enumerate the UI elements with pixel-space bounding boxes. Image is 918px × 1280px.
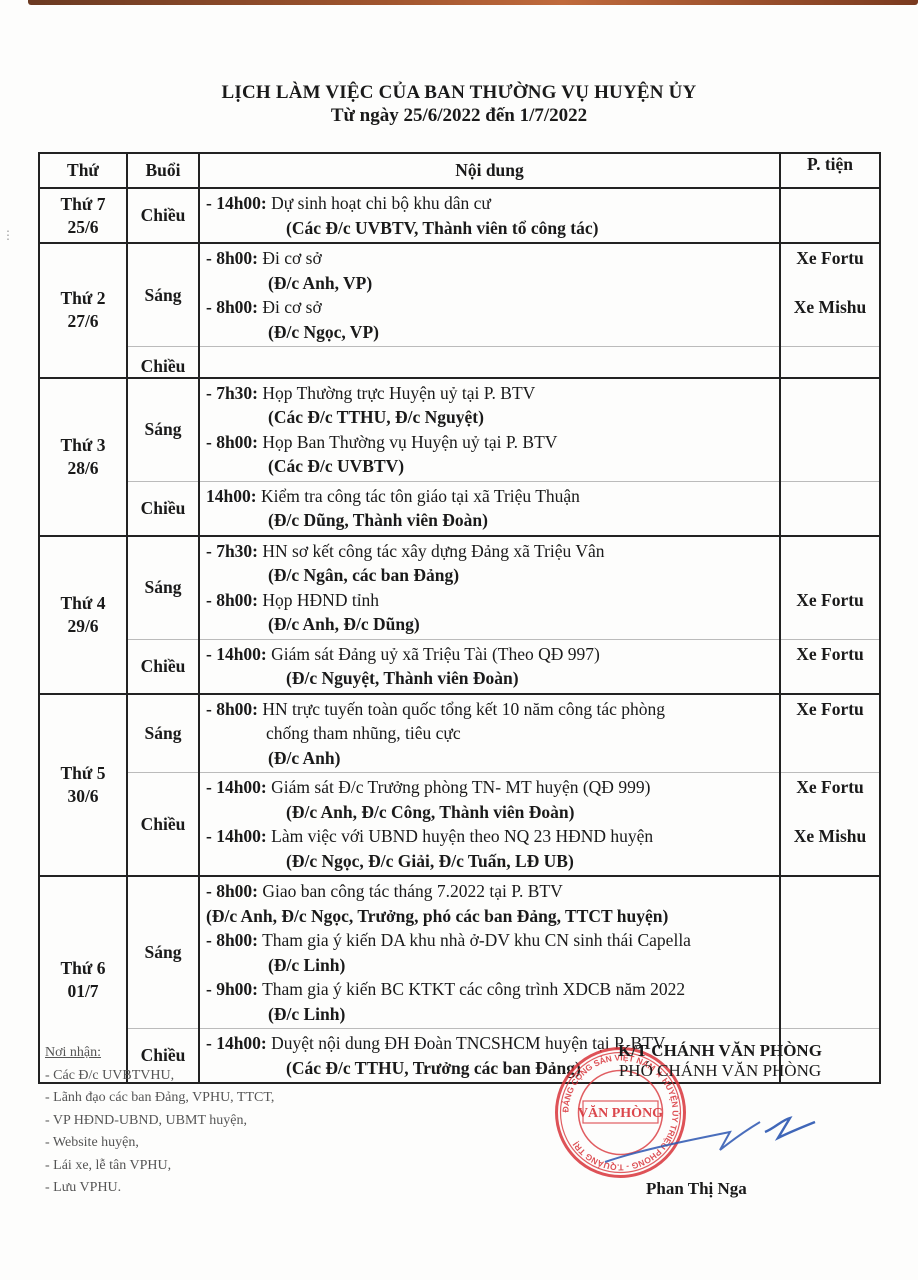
vehicle-cell [780,481,880,536]
table-row: Thứ 530/6Sáng- 8h00: HN trực tuyến toàn … [39,694,880,773]
activity-line: - 8h00: Họp Ban Thường vụ Huyện uỷ tại P… [206,430,773,455]
vehicle-label: Xe Fortu [781,642,879,667]
day-name: Thứ 3 [40,434,126,457]
signature-title-1: K/T CHÁNH VĂN PHÒNG [590,1041,850,1061]
table-header-row: Thứ Buổi Nội dung P. tiện [39,153,880,188]
recipients-list: Nơi nhận: - Các Đ/c UVBTVHU, - Lãnh đạo … [45,1042,274,1200]
table-row: Chiều- 14h00: Giám sát Đ/c Trưởng phòng … [39,773,880,877]
activity-time: - 8h00: [206,699,258,719]
activity-line: - 14h00: Dự sinh hoạt chi bộ khu dân cư [206,191,773,216]
activity-line: - 9h00: Tham gia ý kiến BC KTKT các công… [206,977,773,1002]
activity-task: Kiểm tra công tác tôn giáo tại xã Triệu … [257,486,580,506]
schedule-body: Thứ 725/6Chiều- 14h00: Dự sinh hoạt chi … [39,188,880,1083]
vehicle-spacer [781,539,879,564]
document-subtitle: Từ ngày 25/6/2022 đến 1/7/2022 [0,105,918,127]
table-row: Thứ 725/6Chiều- 14h00: Dự sinh hoạt chi … [39,188,880,243]
activity-line: - 14h00: Giám sát Đảng uỷ xã Triệu Tài (… [206,642,773,667]
vehicle-label: Xe Fortu [781,588,879,613]
activity-attendees: (Các Đ/c UVBTV, Thành viên tổ công tác) [206,216,773,241]
activity-line: - 8h00: Giao ban công tác tháng 7.2022 t… [206,879,773,904]
content-cell: 14h00: Kiểm tra công tác tôn giáo tại xã… [199,481,780,536]
vehicle-cell: Xe Fortu [780,639,880,694]
activity-line: - 14h00: Làm việc với UBND huyện theo NQ… [206,824,773,849]
activity-attendees: (Đ/c Anh, Đ/c Công, Thành viên Đoàn) [206,800,773,825]
vehicle-spacer [781,1002,879,1027]
vehicle-cell [780,347,880,378]
page-top-edge [28,0,918,5]
day-cell: Thứ 725/6 [39,188,127,243]
activity-time: - 8h00: [206,432,258,452]
activity-attendees: (Đ/c Anh, VP) [206,271,773,296]
vehicle-spacer [781,454,879,479]
activity-line: - 8h00: Đi cơ sở [206,295,773,320]
vehicle-cell: Xe FortuXe Mishu [780,773,880,877]
recipient-item: - Lưu VPHU. [45,1177,274,1200]
vehicle-spacer [781,320,879,345]
recipient-item: - Lái xe, lễ tân VPHU, [45,1155,274,1178]
day-name: Thứ 4 [40,592,126,615]
activity-attendees: (Đ/c Anh, Đ/c Dũng) [206,612,773,637]
activity-time: - 7h30: [206,541,258,561]
table-row: Thứ 429/6Sáng- 7h30: HN sơ kết công tác … [39,536,880,640]
activity-task: Giám sát Đảng uỷ xã Triệu Tài (Theo QĐ 9… [267,644,600,664]
session-cell: Chiều [127,347,199,378]
activity-attendees: (Đ/c Linh) [206,953,773,978]
activity-attendees: (Đ/c Nguyệt, Thành viên Đoàn) [206,666,773,691]
day-name: Thứ 6 [40,957,126,980]
vehicle-spacer [781,381,879,406]
vehicle-spacer [781,721,879,746]
activity-time: - 7h30: [206,383,258,403]
session-cell: Sáng [127,536,199,640]
vehicle-cell [780,876,880,1029]
session-cell: Sáng [127,876,199,1029]
vehicle-label: Xe Mishu [781,824,879,849]
session-cell: Chiều [127,481,199,536]
day-cell: Thứ 328/6 [39,378,127,536]
activity-time: - 14h00: [206,193,267,213]
recipient-item: - Website huyện, [45,1132,274,1155]
header-day: Thứ [39,153,127,188]
activity-attendees: (Đ/c Dũng, Thành viên Đoàn) [206,508,773,533]
vehicle-spacer [781,508,879,533]
activity-time: - 14h00: [206,777,267,797]
vehicle-cell: Xe FortuXe Mishu [780,243,880,347]
vehicle-spacer [781,563,879,588]
session-cell: Sáng [127,243,199,347]
vehicle-cell [780,188,880,243]
vehicle-spacer [781,271,879,296]
activity-task: Họp Ban Thường vụ Huyện uỷ tại P. BTV [258,432,557,452]
session-cell: Chiều [127,639,199,694]
table-row: Chiều- 14h00: Giám sát Đảng uỷ xã Triệu … [39,639,880,694]
vehicle-spacer [781,879,879,904]
day-date: 01/7 [40,980,126,1003]
handwritten-signature-icon [600,1110,830,1170]
content-cell: - 7h30: Họp Thường trực Huyện uỷ tại P. … [199,378,780,482]
activity-time: - 8h00: [206,297,258,317]
vehicle-spacer [781,612,879,637]
day-name: Thứ 2 [40,287,126,310]
recipient-item: - Lãnh đạo các ban Đảng, VPHU, TTCT, [45,1087,274,1110]
activity-task: Tham gia ý kiến DA khu nhà ở-DV khu CN s… [258,930,691,950]
activity-attendees: (Đ/c Anh) [206,746,773,771]
recipient-item: - Các Đ/c UVBTVHU, [45,1065,274,1088]
scan-margin-mark: ⋮ [2,228,14,243]
session-cell: Chiều [127,188,199,243]
day-date: 27/6 [40,310,126,333]
activity-line: - 14h00: Giám sát Đ/c Trưởng phòng TN- M… [206,775,773,800]
vehicle-label: Xe Mishu [781,295,879,320]
activity-line: - 8h00: Đi cơ sở [206,246,773,271]
schedule-table: Thứ Buổi Nội dung P. tiện Thứ 725/6Chiều… [38,152,881,1084]
activity-time: - 14h00: [206,644,267,664]
header-vehicle: P. tiện [780,153,880,188]
table-row: Thứ 601/7Sáng- 8h00: Giao ban công tác t… [39,876,880,1029]
vehicle-label: Xe Fortu [781,697,879,722]
session-cell: Sáng [127,694,199,773]
activity-attendees: (Đ/c Ngọc, VP) [206,320,773,345]
content-cell: - 14h00: Giám sát Đ/c Trưởng phòng TN- M… [199,773,780,877]
content-cell: - 14h00: Dự sinh hoạt chi bộ khu dân cư(… [199,188,780,243]
activity-task: Giao ban công tác tháng 7.2022 tại P. BT… [258,881,563,901]
vehicle-spacer [781,904,879,929]
activity-task: Làm việc với UBND huyện theo NQ 23 HĐND … [267,826,653,846]
activity-time: - 8h00: [206,248,258,268]
day-date: 25/6 [40,216,126,239]
day-cell: Thứ 530/6 [39,694,127,877]
activity-line: 14h00: Kiểm tra công tác tôn giáo tại xã… [206,484,773,509]
activity-attendees: (Đ/c Anh, Đ/c Ngọc, Trưởng, phó các ban … [206,904,773,929]
activity-task-continued: chống tham nhũng, tiêu cực [206,721,773,746]
activity-task: Dự sinh hoạt chi bộ khu dân cư [267,193,491,213]
activity-attendees: (Đ/c Ngọc, Đ/c Giải, Đ/c Tuấn, LĐ UB) [206,849,773,874]
vehicle-spacer [781,216,879,241]
vehicle-spacer [781,746,879,771]
document-title: LỊCH LÀM VIỆC CỦA BAN THƯỜNG VỤ HUYỆN ỦY [0,82,918,104]
activity-task: Họp HĐND tỉnh [258,590,379,610]
day-name: Thứ 7 [40,193,126,216]
activity-task: Đi cơ sở [258,248,322,268]
vehicle-spacer [781,800,879,825]
activity-attendees: (Các Đ/c UVBTV) [206,454,773,479]
table-row: Chiều [39,347,880,378]
vehicle-spacer [781,484,879,509]
day-date: 29/6 [40,615,126,638]
content-cell: - 8h00: HN trực tuyến toàn quốc tổng kết… [199,694,780,773]
session-cell: Chiều [127,773,199,877]
day-name: Thứ 5 [40,762,126,785]
signer-name: Phan Thị Nga [646,1179,747,1199]
activity-time: - 8h00: [206,590,258,610]
activity-time: - 8h00: [206,881,258,901]
vehicle-label: Xe Fortu [781,246,879,271]
day-cell: Thứ 227/6 [39,243,127,378]
activity-attendees: (Đ/c Ngân, các ban Đảng) [206,563,773,588]
vehicle-cell [780,378,880,482]
content-cell: - 14h00: Giám sát Đảng uỷ xã Triệu Tài (… [199,639,780,694]
content-cell: - 8h00: Đi cơ sở(Đ/c Anh, VP)- 8h00: Đi … [199,243,780,347]
activity-line: - 7h30: Họp Thường trực Huyện uỷ tại P. … [206,381,773,406]
day-date: 28/6 [40,457,126,480]
session-cell: Sáng [127,378,199,482]
activity-task: Tham gia ý kiến BC KTKT các công trình X… [258,979,685,999]
activity-task: Giám sát Đ/c Trưởng phòng TN- MT huyện (… [267,777,651,797]
activity-attendees: (Đ/c Linh) [206,1002,773,1027]
activity-time: - 8h00: [206,930,258,950]
vehicle-spacer [781,928,879,953]
vehicle-spacer [781,953,879,978]
activity-line: - 8h00: HN trực tuyến toàn quốc tổng kết… [206,697,773,722]
recipient-item: - VP HĐND-UBND, UBMT huyện, [45,1110,274,1133]
content-cell: - 7h30: HN sơ kết công tác xây dựng Đảng… [199,536,780,640]
content-cell: - 8h00: Giao ban công tác tháng 7.2022 t… [199,876,780,1029]
vehicle-spacer [781,666,879,691]
activity-attendees: (Các Đ/c TTHU, Đ/c Nguyệt) [206,405,773,430]
vehicle-label: Xe Fortu [781,775,879,800]
table-row: Thứ 328/6Sáng- 7h30: Họp Thường trực Huy… [39,378,880,482]
vehicle-cell: Xe Fortu [780,694,880,773]
vehicle-spacer [781,849,879,874]
activity-task: Họp Thường trực Huyện uỷ tại P. BTV [258,383,535,403]
vehicle-cell: Xe Fortu [780,536,880,640]
vehicle-spacer [781,977,879,1002]
vehicle-spacer [781,405,879,430]
activity-line: - 8h00: Tham gia ý kiến DA khu nhà ở-DV … [206,928,773,953]
activity-time: - 9h00: [206,979,258,999]
activity-task: HN trực tuyến toàn quốc tổng kết 10 năm … [258,699,665,719]
content-cell [199,347,780,378]
activity-line: - 8h00: Họp HĐND tỉnh [206,588,773,613]
header-content: Nội dung [199,153,780,188]
recipients-header: Nơi nhận: [45,1042,274,1065]
header-session: Buổi [127,153,199,188]
signature-title-2: PHÓ CHÁNH VĂN PHÒNG [590,1061,850,1081]
activity-time: 14h00: [206,486,257,506]
activity-task: Đi cơ sở [258,297,322,317]
vehicle-spacer [781,430,879,455]
vehicle-spacer [781,191,879,216]
table-row: Chiều14h00: Kiểm tra công tác tôn giáo t… [39,481,880,536]
day-cell: Thứ 429/6 [39,536,127,694]
activity-line: - 7h30: HN sơ kết công tác xây dựng Đảng… [206,539,773,564]
signature-block: K/T CHÁNH VĂN PHÒNG PHÓ CHÁNH VĂN PHÒNG … [590,1041,850,1081]
day-date: 30/6 [40,785,126,808]
table-row: Thứ 227/6Sáng- 8h00: Đi cơ sở(Đ/c Anh, V… [39,243,880,347]
activity-task: HN sơ kết công tác xây dựng Đảng xã Triệ… [258,541,605,561]
activity-time: - 14h00: [206,826,267,846]
